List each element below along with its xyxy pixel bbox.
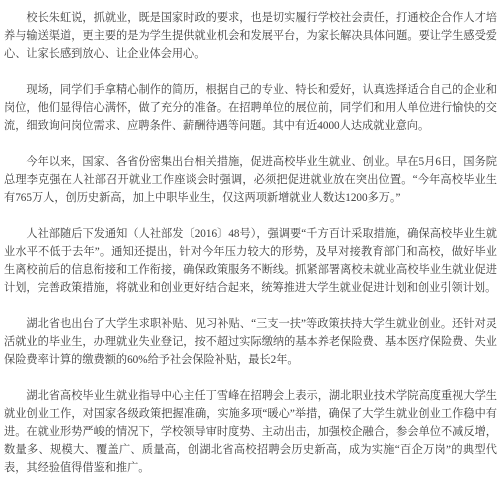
paragraph-job-fair-scene: 现场，同学们手拿精心制作的简历，根据自己的专业、特长和爱好，认真选择适合自己的企… <box>4 81 497 135</box>
paragraph-ministry-notice: 人社部随后下发通知（人社部发〔2016〕48号），强调要“千方百计采取措施，确保… <box>4 225 497 297</box>
article-body: 校长朱虹说，抓就业，既是国家时政的要求，也是切实履行学校社会责任，打通校企合作人… <box>0 0 500 477</box>
paragraph-guidance-center-remarks: 湖北省高校毕业生就业指导中心主任丁雪峰在招聘会上表示，湖北职业技术学院高度重视大… <box>4 387 497 477</box>
page: { "page": { "background_color": "#ffffff… <box>0 0 500 501</box>
paragraph-hubei-subsidies: 湖北省也出台了大学生求职补贴、见习补贴、“三支一扶”等政策扶持大学生就业创业。还… <box>4 315 497 369</box>
paragraph-national-measures: 今年以来，国家、各省份密集出台相关措施，促进高校毕业生就业、创业。早在5月6日，… <box>4 153 497 207</box>
paragraph-principal-quote: 校长朱虹说，抓就业，既是国家时政的要求，也是切实履行学校社会责任，打通校企合作人… <box>4 9 497 63</box>
